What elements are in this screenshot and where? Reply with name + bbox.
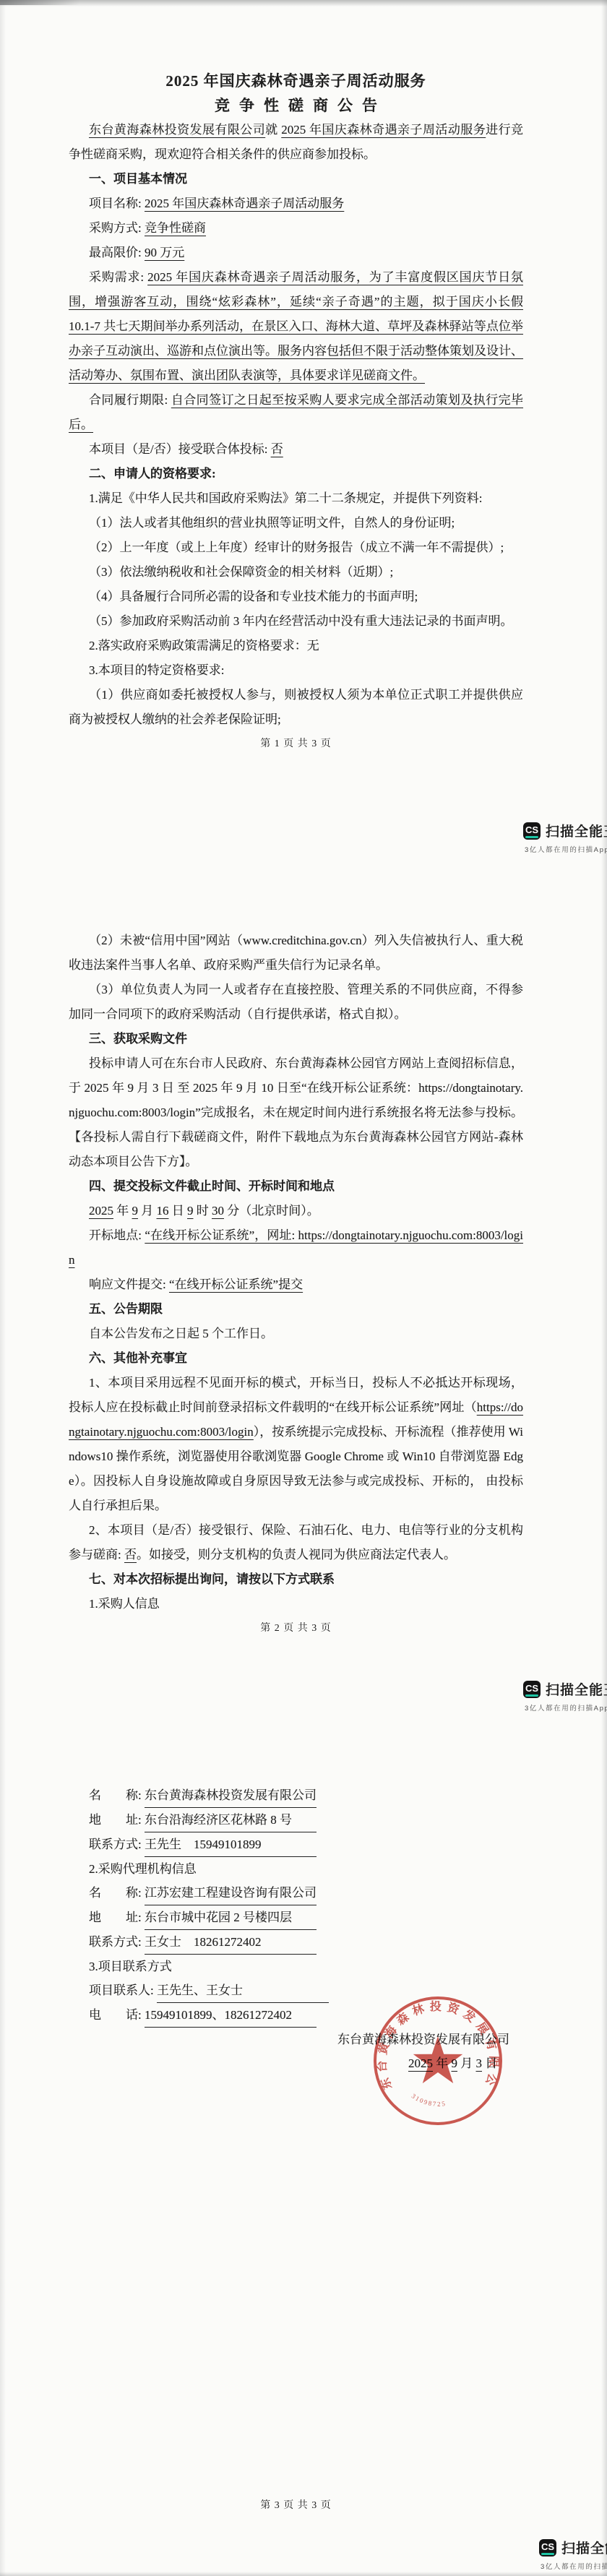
page-1-footer: 第 1 页 共 3 页 [69, 732, 523, 757]
qualification-1-2: （2）上一年度（或上上年度）经审计的财务报告（成立不满一年不需提供）; [69, 535, 523, 560]
camscanner-wordmark: 扫描全能王™ [546, 821, 607, 840]
agent-contact-row: 联系方式: 王女士 18261272402 [69, 1930, 523, 1955]
camscanner-logo-icon: CS [523, 1681, 541, 1698]
qualification-1: 1.满足《中华人民共和国政府采购法》第二十二条规定，并提供下列资料: [69, 486, 523, 511]
document-title: 2025 年国庆森林奇遇亲子周活动服务 [69, 69, 523, 93]
buyer-contact-row: 联系方式: 王先生 15949101899 [69, 1832, 523, 1857]
page-2-footer: 第 2 页 共 3 页 [69, 1616, 523, 1641]
field-contract-term: 合同履行期限: 自合同签订之日起至按采购人要求完成全部活动策划及执行完毕后。 [69, 388, 523, 437]
field-procurement-demand: 采购需求: 2025 年国庆森林奇遇亲子周活动服务，为了丰富度假区国庆节日氛围，… [69, 265, 523, 388]
qualification-1-4: （4）具备履行合同所必需的设备和专业技术能力的书面声明; [69, 585, 523, 609]
camscanner-caption: 3亿人都在用的扫描App [539, 2561, 607, 2571]
other-item-1: 1、本项目采用远程不见面开标的模式，开标当日，投标人不必抵达开标现场，投标人应在… [69, 1371, 523, 1518]
camscanner-watermark-1: CS 扫描全能王™ 3亿人都在用的扫描App [523, 821, 607, 854]
other-item-2: 2、本项目（是/否）接受银行、保险、石油石化、电力、电信等行业的分支机构参与磋商… [69, 1518, 523, 1567]
company-seal: 东台黄海森林投资发展有限公司 31098725 [371, 1994, 505, 2128]
qualification-1-3: （3）依法缴纳税收和社会保障资金的相关材料（近期）; [69, 560, 523, 585]
qualification-3-1: （1）供应商如委托被授权人参与，则被授权人须为本单位正式职工并提供供应商为被授权… [69, 683, 523, 732]
camscanner-caption: 3亿人都在用的扫描App [523, 1702, 607, 1713]
camscanner-wordmark: 扫描全能王™ [561, 2538, 607, 2557]
scan-edge-top [0, 0, 607, 7]
seal-serial-text: 31098725 [410, 2092, 447, 2107]
buyer-address-row: 地 址: 东台沿海经济区花林路 8 号 [69, 1808, 523, 1832]
page-3-footer: 第 3 页 共 3 页 [0, 2494, 607, 2517]
agent-address-row: 地 址: 东台市城中花园 2 号楼四层 [69, 1905, 523, 1930]
svg-text:31098725: 31098725 [410, 2092, 447, 2107]
qualification-2: 2.落实政府采购政策需满足的资格要求：无 [69, 634, 523, 658]
field-project-name: 项目名称: 2025 年国庆森林奇遇亲子周活动服务 [69, 191, 523, 216]
section-3-heading: 三、获取采购文件 [69, 1027, 523, 1051]
opening-location-line: 开标地点: “在线开标公证系统”，网址: https://dongtainota… [69, 1223, 523, 1272]
field-max-price: 最高限价: 90 万元 [69, 241, 523, 265]
camscanner-watermark-2: CS 扫描全能王™ 3亿人都在用的扫描App [523, 1679, 607, 1713]
camscanner-caption: 3亿人都在用的扫描App [523, 844, 607, 854]
camscanner-logo-icon: CS [539, 2539, 556, 2556]
obtain-documents-paragraph: 投标申请人可在东台市人民政府、东台黄海森林公园官方网站上查阅招标信息，于 202… [69, 1051, 523, 1174]
page-3: 名 称: 东台黄海森林投资发展有限公司 地 址: 东台沿海经济区花林路 8 号 … [0, 1783, 607, 2075]
seal-star-icon [413, 2036, 462, 2083]
qualification-3-2: （2）未被“信用中国”网站（www.creditchina.gov.cn）列入失… [69, 929, 523, 978]
qualification-3-3: （3）单位负责人为同一人或者存在直接控股、管理关系的不同供应商，不得参加同一合同… [69, 978, 523, 1027]
scan-edge-top-corner [0, 0, 79, 5]
section-1-heading: 一、项目基本情况 [69, 167, 523, 191]
section-5-heading: 五、公告期限 [69, 1297, 523, 1322]
response-submit-line: 响应文件提交: “在线开标公证系统”提交 [69, 1272, 523, 1297]
qualification-3: 3.本项目的特定资格要求: [69, 658, 523, 683]
scanned-document: 2025 年国庆森林奇遇亲子周活动服务 竞争性磋商公告 东台黄海森林投资发展有限… [0, 0, 607, 2576]
camscanner-watermark-3: CS 扫描全能王™ 3亿人都在用的扫描App [539, 2538, 607, 2571]
document-subtitle: 竞争性磋商公告 [69, 93, 523, 118]
project-name-underlined: 2025 年国庆森林奇遇亲子周活动服务 [281, 123, 486, 137]
section-2-heading: 二、申请人的资格要求: [69, 462, 523, 486]
field-procurement-method: 采购方式: 竞争性磋商 [69, 216, 523, 241]
intro-paragraph: 东台黄海森林投资发展有限公司就 2025 年国庆森林奇遇亲子周活动服务进行竞争性… [69, 118, 523, 167]
scan-edge-bottom [0, 2572, 607, 2576]
agent-info-heading: 2.采购代理机构信息 [69, 1857, 523, 1881]
buyer-name-underlined: 东台黄海森林投资发展有限公司 [89, 123, 265, 137]
camscanner-logo-icon: CS [523, 822, 541, 840]
project-contact-heading: 3.项目联系方式 [69, 1955, 523, 1978]
section-4-heading: 四、提交投标文件截止时间、开标时间和地点 [69, 1174, 523, 1199]
section-7-heading: 七、对本次招标提出询问，请按以下方式联系 [69, 1567, 523, 1592]
buyer-name-row: 名 称: 东台黄海森林投资发展有限公司 [69, 1783, 523, 1808]
qualification-1-1: （1）法人或者其他组织的营业执照等证明文件，自然人的身份证明; [69, 511, 523, 535]
announcement-period-line: 自本公告发布之日起 5 个工作日。 [69, 1322, 523, 1346]
buyer-info-heading: 1.采购人信息 [69, 1592, 523, 1616]
qualification-1-5: （5）参加政府采购活动前 3 年内在经营活动中没有重大违法记录的书面声明。 [69, 609, 523, 634]
camscanner-wordmark: 扫描全能王™ [546, 1679, 607, 1699]
page-2: （2）未被“信用中国”网站（www.creditchina.gov.cn）列入失… [0, 929, 607, 1641]
deadline-line: 2025 年 9 月 16 日 9 时 30 分（北京时间）。 [69, 1199, 523, 1223]
page-1: 2025 年国庆森林奇遇亲子周活动服务 竞争性磋商公告 东台黄海森林投资发展有限… [0, 69, 607, 757]
field-consortium-bid: 本项目（是/否）接受联合体投标: 否 [69, 437, 523, 462]
section-6-heading: 六、其他补充事宜 [69, 1346, 523, 1371]
agent-name-row: 名 称: 江苏宏建工程建设咨询有限公司 [69, 1881, 523, 1905]
